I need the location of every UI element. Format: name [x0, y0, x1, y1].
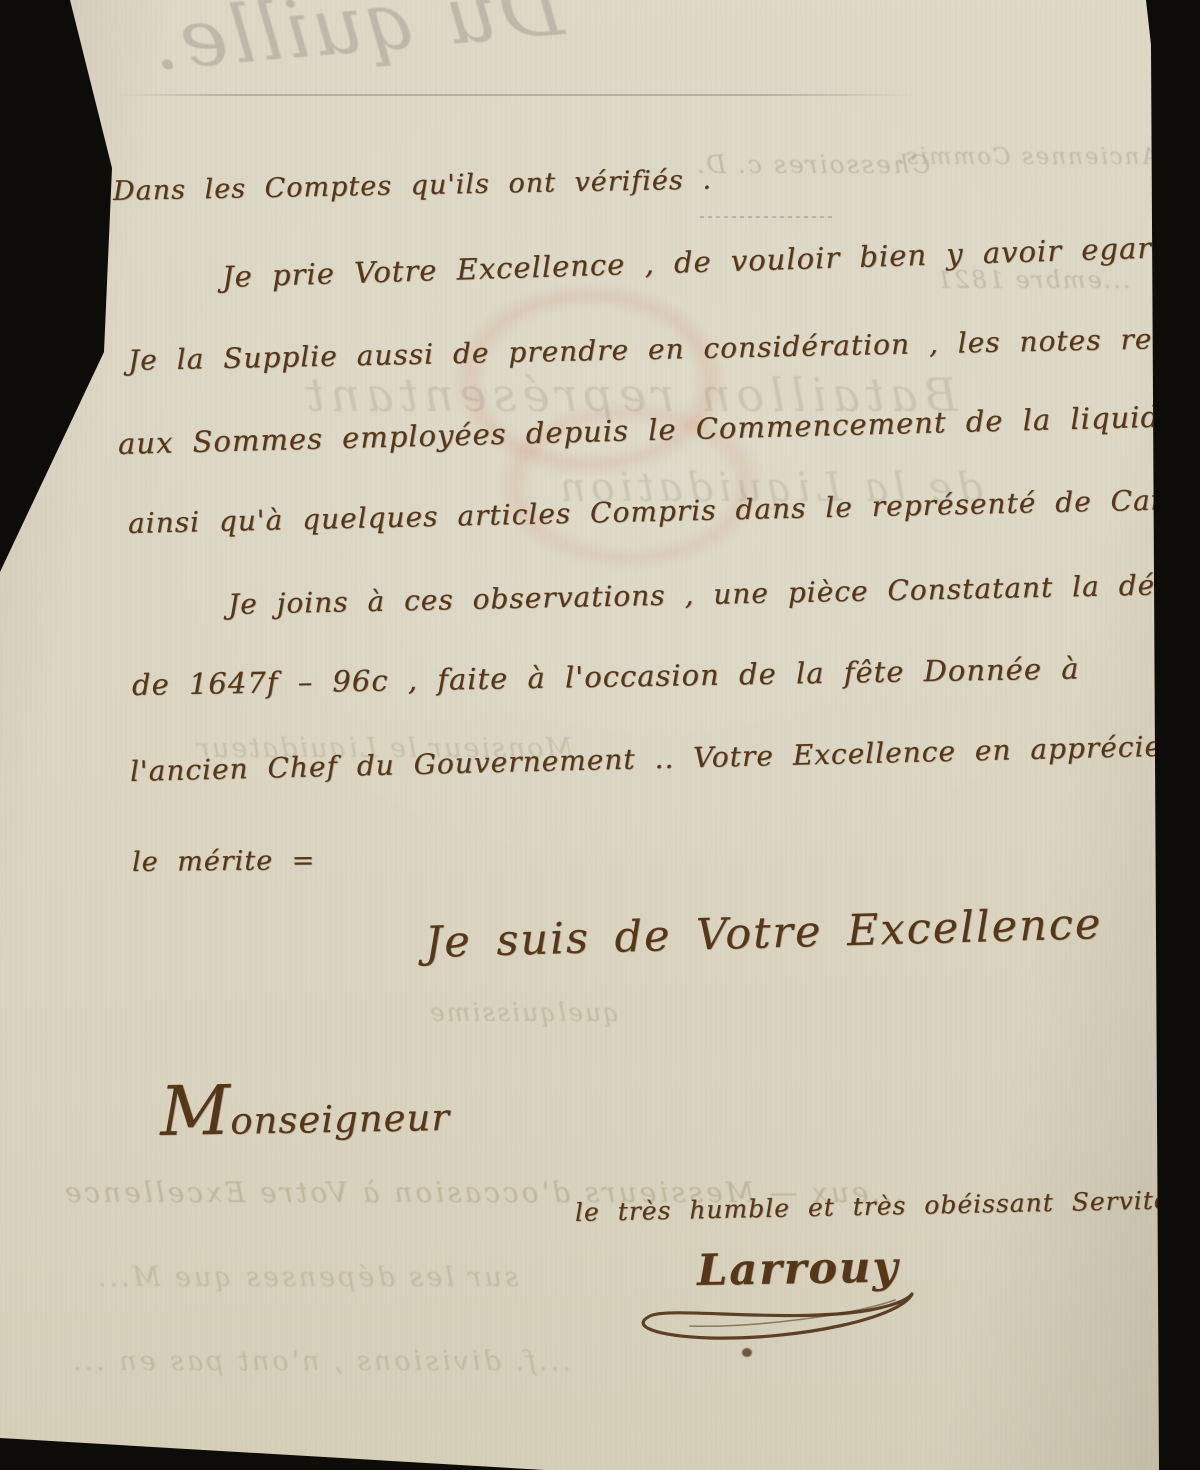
faint-dotted-line — [700, 216, 835, 218]
bleedthrough-top-script: Du quille. — [147, 0, 567, 89]
salutation: Monseigneur — [159, 1067, 450, 1152]
closing-formula: Je suis de Votre Excellence — [424, 899, 1103, 968]
faint-ruled-line — [118, 94, 918, 96]
bleedthrough-right-note: Anciennes Commis. — [895, 144, 1158, 170]
bleedthrough-under-closing: quelquissime — [428, 998, 619, 1027]
manuscript-line: le mérite = — [132, 845, 316, 878]
ink-blot — [742, 1348, 752, 1357]
manuscript-line: de 1647f – 96c , faite à l'occasion de l… — [132, 651, 1080, 702]
signature-flourish — [600, 1280, 930, 1370]
manuscript-line: Dans les Comptes qu'ils ont vérifiés . — [113, 165, 712, 207]
manuscript-line: Je joins à ces observations , une pièce … — [228, 567, 1200, 621]
scanner-background: Du quille. Chessoires c. D. Anciennes Co… — [0, 0, 1200, 1470]
bleedthrough-bottom-line: sur les dépenses que M... — [95, 1262, 519, 1293]
manuscript-page: Du quille. Chessoires c. D. Anciennes Co… — [0, 0, 1200, 1470]
bleedthrough-bottom-line: ...f. divisions , n'ont pas en ... — [70, 1346, 571, 1377]
